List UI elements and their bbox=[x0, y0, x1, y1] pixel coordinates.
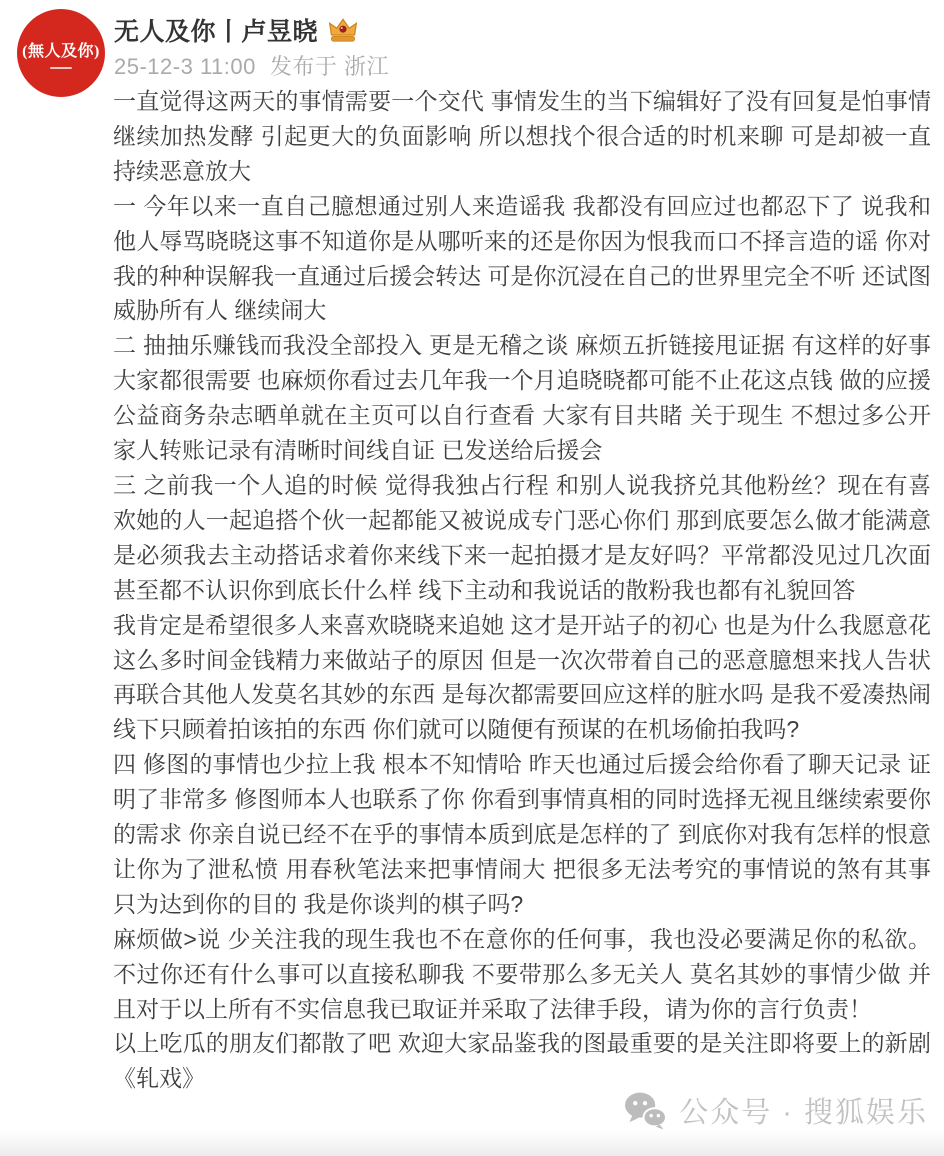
post-paragraph-6: 四 修图的事情也少拉上我 根本不知情哈 昨天也通过后援会给你看了聊天记录 证明了… bbox=[113, 747, 931, 922]
post-paragraph-4: 三 之前我一个人追的时候 觉得我独占行程 和别人说我挤兑其他粉丝？现在有喜欢她的… bbox=[113, 468, 931, 608]
post-time: 25-12-3 11:00 bbox=[114, 54, 256, 80]
avatar[interactable]: (無人及你) bbox=[17, 9, 105, 97]
weibo-post-screenshot: (無人及你) 无人及你丨卢昱晓 25-12-3 11:00 发布于 浙江 一直觉… bbox=[0, 0, 944, 1156]
post-paragraph-1: 一直觉得这两天的事情需要一个交代 事情发生的当下编辑好了没有回复是怕事情继续加热… bbox=[113, 84, 931, 189]
post-paragraph-7: 麻烦做>说 少关注我的现生我也不在意你的任何事，我也没必要满足你的私欲。不过你还… bbox=[113, 922, 931, 1027]
avatar-submark bbox=[50, 67, 72, 69]
post-paragraph-8: 以上吃瓜的朋友们都散了吧 欢迎大家品鉴我的图最重要的是关注即将要上的新剧《轧戏》 bbox=[113, 1026, 931, 1096]
post-content: 一直觉得这两天的事情需要一个交代 事情发生的当下编辑好了没有回复是怕事情继续加热… bbox=[113, 84, 931, 1096]
watermark: 公众号 · 搜狐娱乐 bbox=[624, 1090, 928, 1131]
post-paragraph-2: 一 今年以来一直自己臆想通过别人来造谣我 我都没有回应过也都忍下了 说我和他人辱… bbox=[113, 189, 931, 329]
watermark-label: 公众号 · 搜狐娱乐 bbox=[679, 1090, 928, 1131]
author-row: 无人及你丨卢昱晓 bbox=[114, 12, 359, 48]
author-name[interactable]: 无人及你丨卢昱晓 bbox=[114, 12, 318, 48]
post-source-location: 发布于 浙江 bbox=[270, 50, 389, 81]
post-paragraph-5: 我肯定是希望很多人来喜欢晓晓来追她 这才是开站子的初心 也是为什么我愿意花这么多… bbox=[113, 608, 931, 748]
wechat-icon bbox=[624, 1091, 667, 1130]
bottom-divider bbox=[0, 1130, 944, 1156]
vip-crown-icon bbox=[327, 16, 359, 45]
post-meta: 25-12-3 11:00 发布于 浙江 bbox=[114, 50, 389, 81]
avatar-logo-text: (無人及你) bbox=[22, 38, 100, 61]
post-paragraph-3: 二 抽抽乐赚钱而我没全部投入 更是无稽之谈 麻烦五折链接甩证据 有这样的好事大家… bbox=[113, 328, 931, 468]
